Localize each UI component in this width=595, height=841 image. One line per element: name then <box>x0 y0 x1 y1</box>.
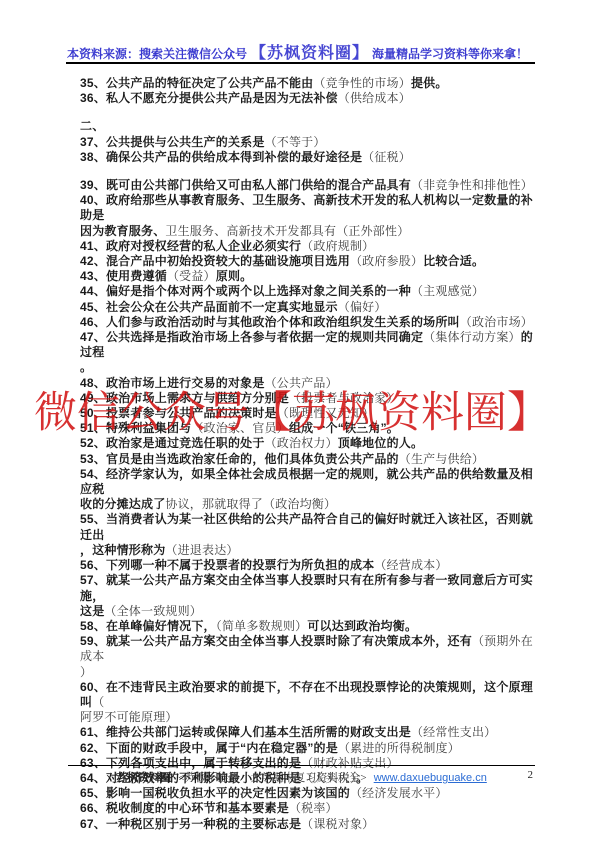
question-line: 41、政府对授权经营的私人企业必须实行（政府规制） <box>80 239 536 254</box>
answer-text: （课税对象） <box>301 817 374 831</box>
answer-text: （投票者与政治家） <box>289 391 399 405</box>
answer-text: （进退表达） <box>165 543 238 557</box>
answer-text: （生产与供给） <box>399 452 484 466</box>
question-text: 44、偏好是指个体对两个或两个以上选择对象之间关系的一种 <box>80 284 411 298</box>
header-source-text: 本资料来源：搜索关注微信公众号 <box>67 47 247 61</box>
question-text: 67、一种税区别于另一种税的主要标志是 <box>80 817 301 831</box>
question-text: 48、政治市场上进行交易的对象是 <box>80 376 265 390</box>
question-line: 55、当消费者认为某一社区供给的公共产品符合自己的偏好时就迁入该社区，否则就迁出 <box>80 512 536 542</box>
question-line: 43、使用费遵循（受益）原则。 <box>80 269 536 284</box>
question-text: 52、政治家是通过竞选任职的处于 <box>80 436 265 450</box>
question-text: 62、下面的财政手段中，属于“内在稳定器”的是 <box>80 741 338 755</box>
question-line: 收的分摊达成了协议，那就取得了（政治均衡） <box>80 497 536 512</box>
answer-text: （政治市场） <box>460 315 533 329</box>
blank-line <box>80 165 536 178</box>
question-line: 67、一种税区别于另一种税的主要标志是（课税对象） <box>80 817 536 832</box>
answer-text: （政治权力） <box>265 436 338 450</box>
question-line: 47、公共选择是指政治市场上各参与者依据一定的规则共同确定（集体行动方案）的过程 <box>80 330 536 360</box>
footer-url-link[interactable]: www.daxuebuguake.cn <box>374 772 487 784</box>
question-text: 56、下列哪一种不属于投票者的投票行为所负担的成本 <box>80 558 374 572</box>
question-line: 48、政治市场上进行交易的对象是（公共产品） <box>80 376 536 391</box>
question-text: 38、确保公共产品的供给成本得到补偿的最好途径是 <box>80 150 362 164</box>
question-line: 60、在不违背民主政治要求的前提下，不存在不出现投票悖论的决策规则，这个原理叫（ <box>80 680 536 710</box>
blank-line <box>80 106 536 119</box>
question-text: 61、维持公共部门运转或保障人们基本生活所需的财政支出是 <box>80 725 411 739</box>
answer-text: （受益） <box>167 269 216 283</box>
answer-text: （税率） <box>289 801 338 815</box>
question-text: 因为教育服务、 <box>80 224 165 238</box>
question-line: 36、私人不愿充分提供公共产品是因为无法补偿（供给成本） <box>80 91 536 106</box>
question-line: 49、政治市场上需求方与供给方分别是（投票者与政治家） <box>80 391 536 406</box>
question-line: 因为教育服务、卫生服务、高新技术开发都具有（正外部性） <box>80 224 536 239</box>
question-text: 50、投票者参与公共产品的决策时是 <box>80 406 277 420</box>
answer-text: （偏好） <box>338 300 387 314</box>
answer-text: （主观感觉） <box>411 284 484 298</box>
question-text: ，这种情形称为 <box>80 543 165 557</box>
question-line: 62、下面的财政手段中，属于“内在稳定器”的是（累进的所得税制度） <box>80 741 536 756</box>
question-text: 60、在不违背民主政治要求的前提下，不存在不出现投票悖论的决策规则，这个原理叫 <box>80 680 533 709</box>
answer-text: （政府规制） <box>301 239 374 253</box>
question-line: ） <box>80 665 536 680</box>
answer-text: （经营成本） <box>374 558 447 572</box>
answer-text: 阿罗不可能原理） <box>80 710 178 724</box>
footer-center-text: 苏枫资料圈 <苏枫不挂科 大学期末复习资料大全> www.daxuebuguak… <box>68 769 535 785</box>
question-line: 66、税收制度的中心环节和基本要素是（税率） <box>80 801 536 816</box>
question-text: 59、就某一公共产品方案交由全体当事人投票时除了有决策成本外，还有 <box>80 634 472 648</box>
question-text: 组成一个“铁三角”。 <box>289 421 399 435</box>
question-text: 42、混合产品中初始投资较大的基础设施项目选用 <box>80 254 350 268</box>
answer-text: （政治家、官员） <box>191 421 289 435</box>
header-divider-line <box>66 62 535 64</box>
question-line: 38、确保公共产品的供给成本得到补偿的最好途径是（征税） <box>80 150 536 165</box>
question-text: 45、社会公众在公共产品面前不一定真实地显示 <box>80 300 338 314</box>
question-line: 阿罗不可能原理） <box>80 710 536 725</box>
question-line: 42、混合产品中初始投资较大的基础设施项目选用（政府参股）比较合适。 <box>80 254 536 269</box>
answer-text: （财政补贴支出） <box>301 756 399 770</box>
answer-text: （非竞争性和排他性） <box>411 178 533 192</box>
question-text: 46、人们参与政治活动时与其他政治个体和政治组织发生关系的场所叫 <box>80 315 460 329</box>
question-line: 50、投票者参与公共产品的决策时是（既理性又无知） <box>80 406 536 421</box>
question-line: 58、在单峰偏好情况下，（简单多数规则）可以达到政治均衡。 <box>80 619 536 634</box>
answer-text: （累进的所得税制度） <box>338 741 460 755</box>
question-line: 51、特殊利益集团与（政治家、官员）组成一个“铁三角”。 <box>80 421 536 436</box>
answer-text: 协议，那就取得了（政治均衡） <box>165 497 336 511</box>
question-text: 可以达到政治均衡。 <box>307 619 417 633</box>
answer-text: ） <box>80 665 92 679</box>
question-text: 顶峰地位的人。 <box>338 436 423 450</box>
footer-brand: 苏枫资料圈 <box>116 772 171 784</box>
question-line: 46、人们参与政治活动时与其他政治个体和政治组织发生关系的场所叫（政治市场） <box>80 315 536 330</box>
question-text: 这是 <box>80 604 104 618</box>
answer-text: （政府参股） <box>350 254 423 268</box>
question-line: 39、既可由公共部门供给又可由私人部门供给的混合产品具有（非竞争性和排他性） <box>80 178 536 193</box>
header-promo-text: 海量精品学习资料等你来拿！ <box>372 47 528 61</box>
question-text: 43、使用费遵循 <box>80 269 167 283</box>
question-text: 47、公共选择是指政治市场上各参与者依据一定的规则共同确定 <box>80 330 423 344</box>
question-text: 41、政府对授权经营的私人企业必须实行 <box>80 239 301 253</box>
question-text: 39、既可由公共部门供给又可由私人部门供给的混合产品具有 <box>80 178 411 192</box>
question-text: 63、下列各项支出中，属于转移支出的是 <box>80 756 301 770</box>
page-footer: 苏枫资料圈 <苏枫不挂科 大学期末复习资料大全> www.daxuebuguak… <box>68 769 535 785</box>
answer-text: （供给成本） <box>338 91 411 105</box>
answer-text: （集体行动方案） <box>423 330 521 344</box>
question-line: 56、下列哪一种不属于投票者的投票行为所负担的成本（经营成本） <box>80 558 536 573</box>
question-line: 52、政治家是通过竞选任职的处于（政治权力）顶峰地位的人。 <box>80 436 536 451</box>
question-line: 57、就某一公共产品方案交由全体当事人投票时只有在所有参与者一致同意后方可实施， <box>80 573 536 603</box>
answer-text: 卫生服务、高新技术开发都具有（正外部性） <box>165 224 409 238</box>
question-text: 53、官员是由当选政治家任命的，他们具体负责公共产品的 <box>80 452 399 466</box>
question-line: 35、公共产品的特征决定了公共产品不能由（竞争性的市场）提供。 <box>80 76 536 91</box>
answer-text: （不等于） <box>265 135 326 149</box>
question-line: 40、政府给那些从事教育服务、卫生服务、高新技术开发的私人机构以一定数量的补助是 <box>80 193 536 223</box>
question-line: 53、官员是由当选政治家任命的，他们具体负责公共产品的（生产与供给） <box>80 452 536 467</box>
answer-text: （简单多数规则） <box>216 619 308 633</box>
question-line: ，这种情形称为（进退表达） <box>80 543 536 558</box>
question-text: 58、在单峰偏好情况下， <box>80 619 216 633</box>
question-text: 37、公共提供与公共生产的关系是 <box>80 135 265 149</box>
question-text: 49、政治市场上需求方与供给方分别是 <box>80 391 289 405</box>
question-line: 37、公共提供与公共生产的关系是（不等于） <box>80 135 536 150</box>
question-text: 55、当消费者认为某一社区供给的公共产品符合自己的偏好时就迁入该社区，否则就迁出 <box>80 512 533 541</box>
question-text: 40、政府给那些从事教育服务、卫生服务、高新技术开发的私人机构以一定数量的补助是 <box>80 193 533 222</box>
answer-text: （竞争性的市场） <box>313 76 411 90</box>
question-text: 提供。 <box>411 76 448 90</box>
answer-text: （经常性支出） <box>411 725 496 739</box>
question-line: 65、影响一国税收负担水平的决定性因素为该国的（经济发展水平） <box>80 786 536 801</box>
question-text: 35、公共产品的特征决定了公共产品不能由 <box>80 76 313 90</box>
answer-text: （征税） <box>362 150 411 164</box>
question-text: 51、特殊利益集团与 <box>80 421 191 435</box>
question-text: 原则。 <box>216 269 253 283</box>
question-line: 61、维持公共部门运转或保障人们基本生活所需的财政支出是（经常性支出） <box>80 725 536 740</box>
question-text: 54、经济学家认为，如果全体社会成员根据一定的规则，就公共产品的供给数量及相应税 <box>80 467 533 496</box>
question-line: 这是（全体一致规则） <box>80 604 536 619</box>
footer-tagline: <苏枫不挂科 大学期末复习资料大全> <box>178 772 366 784</box>
answer-text: （ <box>92 695 104 709</box>
question-line: 54、经济学家认为，如果全体社会成员根据一定的规则，就公共产品的供给数量及相应税 <box>80 467 536 497</box>
answer-text: （全体一致规则） <box>104 604 202 618</box>
header-brand-name: 【苏枫资料圈】 <box>250 45 369 62</box>
page-number: 2 <box>528 769 534 781</box>
question-text: 65、影响一国税收负担水平的决定性因素为该国的 <box>80 786 350 800</box>
answer-text: （经济发展水平） <box>350 786 448 800</box>
answer-text: （公共产品） <box>265 376 338 390</box>
answer-text: （既理性又无知） <box>277 406 375 420</box>
question-text: 二、 <box>80 119 104 133</box>
question-line: 44、偏好是指个体对两个或两个以上选择对象之间关系的一种（主观感觉） <box>80 284 536 299</box>
question-text: 66、税收制度的中心环节和基本要素是 <box>80 801 289 815</box>
question-line: 二、 <box>80 119 536 134</box>
footer-divider-line <box>68 765 535 766</box>
page-header: 本资料来源：搜索关注微信公众号【苏枫资料圈】海量精品学习资料等你来拿！ <box>0 40 595 63</box>
question-line: 59、就某一公共产品方案交由全体当事人投票时除了有决策成本外，还有（预期外在成本 <box>80 634 536 664</box>
question-text: 比较合适。 <box>423 254 484 268</box>
question-text: 收的分摊达成了 <box>80 497 165 511</box>
question-list: 35、公共产品的特征决定了公共产品不能由（竞争性的市场）提供。36、私人不愿充分… <box>80 76 536 832</box>
question-text: 。 <box>80 360 92 374</box>
question-line: 45、社会公众在公共产品面前不一定真实地显示（偏好） <box>80 300 536 315</box>
question-line: 。 <box>80 360 536 375</box>
question-text: 57、就某一公共产品方案交由全体当事人投票时只有在所有参与者一致同意后方可实施， <box>80 573 533 602</box>
question-text: 36、私人不愿充分提供公共产品是因为无法补偿 <box>80 91 338 105</box>
